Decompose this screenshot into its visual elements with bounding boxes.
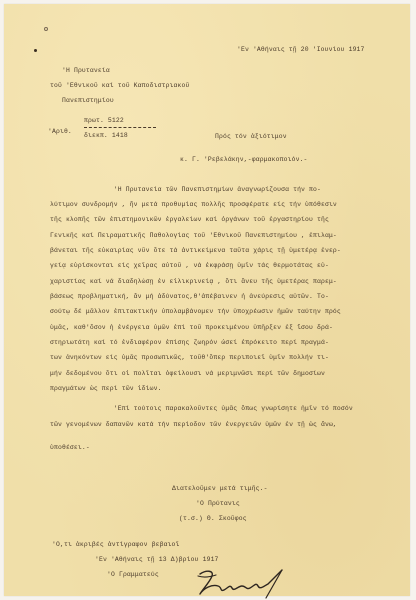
body-line: λύτιμον συνδρομήν , ἥν μετά προθυμίας πο… [50,201,337,208]
body-line: τῶν γενομένων δαπανῶν κατά τήν περίοδον … [50,421,337,428]
body-line: των ἀνηκόντων είς ὑμᾶς προσωπικῶς, τοῦθ'… [50,354,329,361]
body-line: πραγμάτων ὡς περί τῶν ἰδίων. [50,385,162,392]
certification-line-1: 'Ο,τι ἀκριβές ἀντίγραφον βεβαιοῖ [52,541,180,548]
signatory-title: 'Ο Πρύτανις [196,500,240,507]
reference-divider [84,127,156,128]
body-line: μήν δεδομένου ὅτι οἱ πολῖται ὀφείλουσι ν… [50,370,325,377]
protocol-number: πρωτ. 5122 [84,117,124,124]
certification-line-3: 'Ο Γραμματεύς [107,571,159,578]
body-line: βάνεται τῆς εὐκαιρίας νῦν ὅτε τά ἀντικεί… [50,247,341,254]
body-line: 'Η Πρυτανεία τῶν Πανεπιστημίων ἀναγνωρίζ… [50,186,321,193]
body-line: ὑμᾶς, καθ'ὅσον ἡ ἐνέργεια ὑμῶν ἐπί τοῦ π… [50,324,333,331]
body-line: στηριωτάτη καί τό ἐνδιαφέρον ἐπίσης ζωηρ… [50,339,329,346]
recipient-line-1: Πρός τόν ἀξιότιμον [215,133,287,140]
letter-page: 'Εν 'Αθήναις τῇ 20 'Ιουνίου 1917 'Η Πρυτ… [4,4,410,596]
body-line: ὑποθέσει.- [50,444,90,451]
body-line: γείᾳ εὑρίσκονται είς χεῖρας αὐτοῦ , νά ἐ… [50,262,329,269]
dispatch-number: διεκπ. 1418 [84,132,128,139]
body-line: χαριστίας καί νά διαδηλώσῃ ἐν εἰλικρινεί… [50,278,337,285]
body-line: σούτῳ δέ μᾶλλον ἐπιτακτικήν ὑπολαμβάνομε… [50,308,341,315]
letterhead-line-1: 'Η Πρυτανεία [62,67,110,74]
closing-line: Διατελοῦμεν μετά τιμῆς.- [172,485,268,492]
letterhead-line-3: Πανεπιστημίου [62,97,114,104]
body-line: βάσεως προβληματική, ἄν μή ἀδύνατος,θ'ἀπ… [50,293,329,300]
body-line: τῆς κλοπῆς τῶν ἐπιστημονικῶν ἐργαλείων κ… [50,216,329,223]
date-line: 'Εν 'Αθήναις τῇ 20 'Ιουνίου 1917 [237,46,365,53]
reference-label: 'Αριθ. [48,128,72,135]
certification-line-2: 'Εν 'Αθήναις τῇ 13 Δ)βρίου 1917 [95,556,219,563]
punch-hole-mark [44,27,48,31]
body-line: Γενικῆς καί Πειραματικῆς Παθολογίας τοῦ … [50,232,337,239]
handwritten-signature-icon [192,564,288,600]
body-line: 'Επί τούτοις παρακαλοῦντες ὑμᾶς ὅπως γνω… [50,405,353,412]
letterhead-line-2: τοῦ 'Εθνικοῦ καί τοῦ Καποδιστριακοῦ [50,82,189,89]
ink-dot-mark [34,49,37,52]
recipient-line-2: κ. Γ. 'Ρεβελάκην,-φαρμακοποιόν.- [180,156,308,163]
signatory-name: (τ.σ.) Θ. Σκοῦφος [179,515,247,522]
